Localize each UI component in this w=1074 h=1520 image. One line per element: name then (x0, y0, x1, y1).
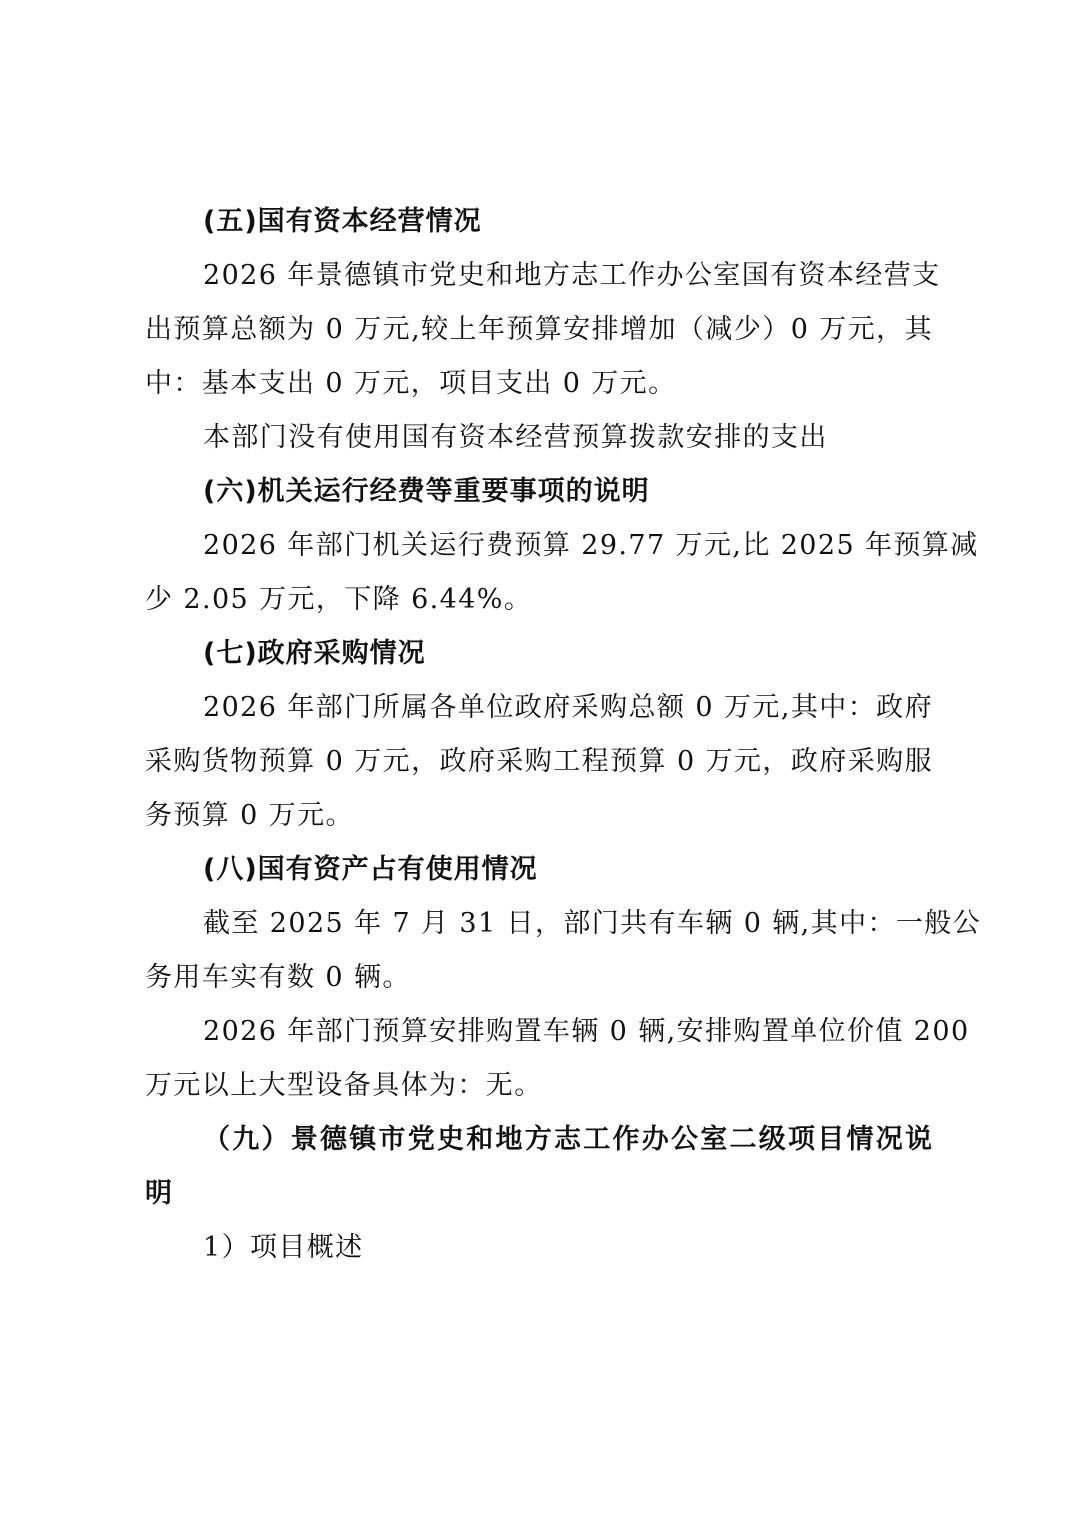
paragraph-line: 2026 年景德镇市党史和地方志工作办公室国有资本经营支 (145, 249, 933, 303)
section-heading-7: (七)政府采购情况 (145, 627, 933, 681)
paragraph-line: 万元以上大型设备具体为：无。 (145, 1059, 933, 1113)
section-heading-8: (八)国有资产占有使用情况 (145, 843, 933, 897)
text-line: 2026 年部门预算安排购置车辆 0 辆,安排购置单位价值 200 (203, 1005, 933, 1059)
section-heading-6: (六)机关运行经费等重要事项的说明 (145, 465, 933, 519)
text-line: 2026 年部门机关运行费预算 29.77 万元,比 2025 年预算减 (203, 519, 933, 573)
section-heading-9-cont: 明 (145, 1167, 933, 1221)
paragraph-line: 少 2.05 万元，下降 6.44%。 (145, 573, 933, 627)
text-line: 2026 年部门所属各单位政府采购总额 0 万元,其中：政府 (203, 681, 933, 735)
paragraph-line: 务预算 0 万元。 (145, 789, 933, 843)
paragraph-line: 2026 年部门所属各单位政府采购总额 0 万元,其中：政府 (145, 681, 933, 735)
paragraph-line: 出预算总额为 0 万元,较上年预算安排增加（减少）0 万元，其 (145, 303, 933, 357)
paragraph-line: 务用车实有数 0 辆。 (145, 951, 933, 1005)
heading-line: （九）景德镇市党史和地方志工作办公室二级项目情况说 (203, 1113, 933, 1167)
paragraph-line: 1）项目概述 (145, 1221, 933, 1275)
paragraph-line: 2026 年部门机关运行费预算 29.77 万元,比 2025 年预算减 (145, 519, 933, 573)
text-line: 2026 年景德镇市党史和地方志工作办公室国有资本经营支 (203, 249, 933, 303)
paragraph-line: 中：基本支出 0 万元，项目支出 0 万元。 (145, 357, 933, 411)
text-line: 截至 2025 年 7 月 31 日，部门共有车辆 0 辆,其中：一般公 (203, 897, 933, 951)
paragraph-line: 本部门没有使用国有资本经营预算拨款安排的支出 (145, 411, 933, 465)
paragraph-line: 2026 年部门预算安排购置车辆 0 辆,安排购置单位价值 200 (145, 1005, 933, 1059)
text-line: 出预算总额为 0 万元,较上年预算安排增加（减少）0 万元，其 (145, 303, 933, 357)
section-heading-5: (五)国有资本经营情况 (145, 195, 933, 249)
section-heading-9: （九）景德镇市党史和地方志工作办公室二级项目情况说 (145, 1113, 933, 1167)
document-page: (五)国有资本经营情况 2026 年景德镇市党史和地方志工作办公室国有资本经营支… (145, 195, 933, 1275)
paragraph-line: 采购货物预算 0 万元，政府采购工程预算 0 万元，政府采购服 (145, 735, 933, 789)
paragraph-line: 截至 2025 年 7 月 31 日，部门共有车辆 0 辆,其中：一般公 (145, 897, 933, 951)
text-line: 采购货物预算 0 万元，政府采购工程预算 0 万元，政府采购服 (145, 735, 933, 789)
